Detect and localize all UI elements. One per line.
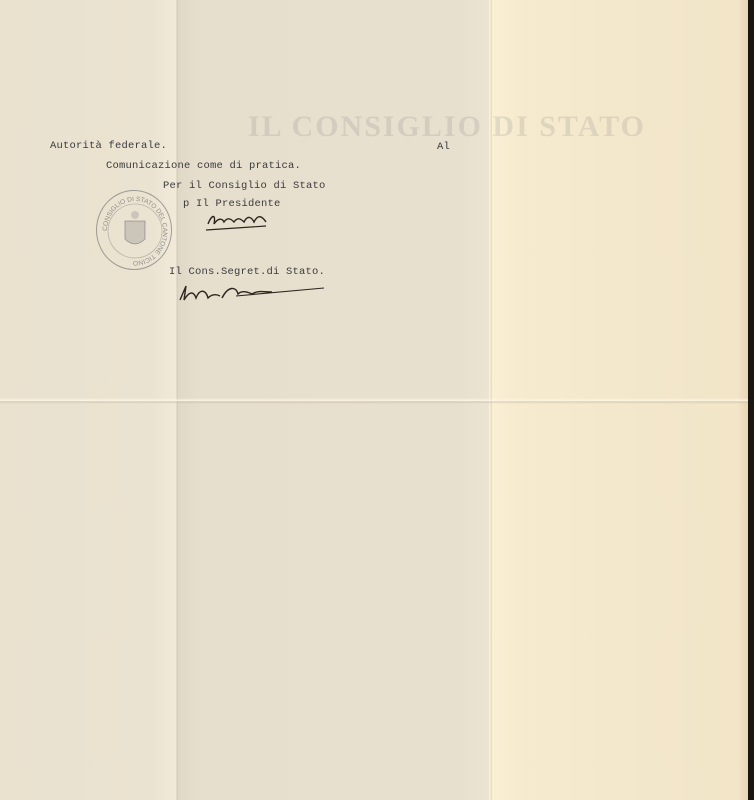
scan-border [748,0,754,800]
recipient-label: Autorità federale. [50,140,167,152]
secretary-signature [176,280,326,311]
scanned-document: IL CONSIGLIO DI STATO Autorità federale.… [0,0,748,800]
bleed-through-heading: IL CONSIGLIO DI STATO [248,110,646,144]
council-line: Per il Consiglio di Stato [163,180,326,192]
communication-line: Comunicazione come di pratica. [106,160,301,172]
addressee-marker: Al [437,141,450,153]
secretary-line: Il Cons.Segret.di Stato. [169,266,325,278]
president-signature [204,208,270,239]
horizontal-fold-line [0,398,748,404]
official-seal: CONSIGLIO DI STATO DEL CANTONE TICINO [96,190,172,270]
